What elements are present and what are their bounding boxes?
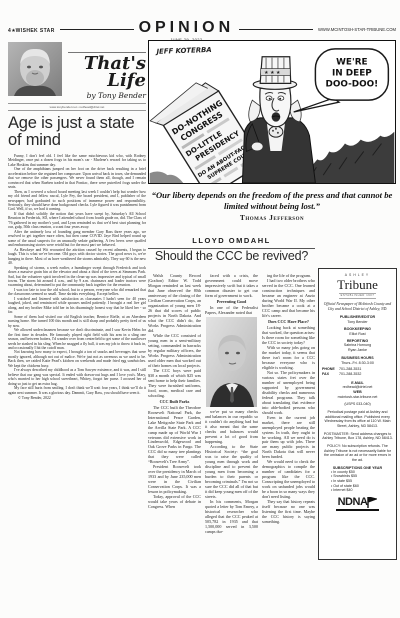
phone-number: 701-288-3531 (339, 367, 361, 371)
postmaster-statement: POSTMASTER: Send address changes to Ashl… (322, 432, 393, 441)
thats-life-column: That's Life by Tony Bender www.tonybende… (8, 42, 146, 572)
paragraph: We allowed underclassmen because we don'… (8, 328, 146, 350)
subscriptions-block: SUBSCRIPTIONS ONE YEAR • In county $50• … (322, 466, 393, 493)
paragraph: In his comments, Morgan quoted a letter … (205, 499, 258, 534)
paragraph: My face still hurts from smiling. I don'… (8, 386, 146, 395)
paragraph: Not so. The policymakers in various stat… (262, 370, 315, 415)
business-hours-value: Thurs.-Fri. 8:30-3:00 (341, 361, 374, 365)
lloyd-omdahl-photo (205, 317, 258, 407)
usps-number: (USPS 033-040) (322, 402, 393, 407)
fax-number: 701-288-3532 (339, 372, 361, 376)
paragraph: One of the amphibians jumped on her foot… (8, 167, 146, 189)
page-header: 4 ★ WISHEK STAR OPINION JUNE 29, 2022 WW… (8, 20, 396, 42)
paragraph: CCC Built Parks (148, 399, 201, 404)
paragraph: Ryan Janke (322, 348, 393, 353)
paragraph: As Hawkeye and Wit recounted the attriti… (8, 248, 146, 266)
ccc-column-1: Walsh County Record (Grafton) Editor W. … (148, 273, 201, 615)
paragraph: Speaking of storms, a week earlier, a hu… (8, 266, 146, 288)
masthead-official-statement: Official Newspaper of McIntosh County an… (322, 302, 393, 312)
masthead-paper-name: Tribune (322, 278, 393, 291)
ashley-tribune-masthead: ASHLEY Tribune ESTABLISHED 1907 Official… (318, 268, 397, 560)
paper-name: WISHEK STAR (16, 28, 55, 34)
ccc-column-3: ing the life of the program.I had two ol… (262, 273, 315, 615)
paragraph: President Roosevelt took over the presid… (148, 464, 201, 494)
paragraph: Then, as I covered a school board meetin… (8, 190, 146, 212)
paragraph: Even in the current job market, there ar… (262, 415, 315, 460)
paragraph: The CCC boys were paid $30 a month of wh… (148, 368, 201, 398)
paragraph: I had two older brothers who served in t… (262, 278, 315, 318)
paragraph: faced with a crisis, the government coul… (205, 273, 258, 298)
ccc-article-body: Walsh County Record (Grafton) Editor W. … (148, 273, 315, 615)
bubble-line-3: DOO-DOO! (326, 79, 379, 89)
quote-text: “Our liberty depends on the freedom of t… (148, 190, 396, 211)
paragraph: I watched and listened with satisfaction… (8, 297, 146, 315)
web-label: WEB (353, 390, 361, 394)
column-byline: by Tony Bender (62, 91, 146, 100)
paragraph: Not knowing how many to expect, I brough… (8, 350, 146, 368)
paragraph: we've put so many checks and balances in… (205, 409, 258, 444)
paragraph: With so many jobs going on the market to… (262, 345, 315, 370)
tony-bender-photo (8, 42, 62, 96)
email-address: redhead@drtel.net (343, 385, 373, 389)
ccc-article-headline: Should the CCC be revived? (148, 249, 315, 263)
paragraph: I've always described my childhood as a … (8, 368, 146, 386)
paragraph: Does CCC Have Place? (262, 319, 315, 324)
fax-label: FAX (322, 372, 338, 377)
header-rule-left (60, 29, 134, 30)
paragraph: We would need to check the demographics … (262, 459, 315, 499)
business-hours-label: BUSINESS HOURS (341, 356, 373, 360)
phone-line: PHONE 701-288-3531 (322, 367, 393, 372)
fax-line: FAX 701-288-3532 (322, 372, 393, 377)
paragraph: © Tony Bender, 2022 (8, 396, 146, 400)
newspaper-opinion-page: 4 ★ WISHEK STAR OPINION JUNE 29, 2022 WW… (0, 0, 400, 618)
thats-life-header: That's Life by Tony Bender (8, 42, 146, 100)
bubble-line-1: WE'RE (336, 58, 367, 68)
svg-text:★ ★ ★: ★ ★ ★ (264, 70, 281, 76)
subscriptions-list: • In county $50• Snowbirds $55• In state… (322, 470, 393, 493)
paragraph: They say that history repeats itself bec… (262, 499, 315, 524)
section-title: OPINION (139, 20, 235, 36)
ndna-logo: NDNA (336, 497, 380, 511)
paragraph: Tony Bender (322, 320, 393, 325)
bubble-line-2: IN DEEP (332, 69, 372, 79)
section-title-block: OPINION JUNE 29, 2022 (139, 20, 235, 42)
web-address: mcintosh-star-tribune.net (338, 395, 378, 399)
paragraph: The CCC built the Theodore Roosevelt Nat… (148, 405, 201, 465)
paragraph: Today, approval of the CCC would take ye… (148, 494, 201, 509)
paragraph: Some of them had visited our old English… (8, 315, 146, 328)
paragraph: If that didn't solidify the notion that … (8, 212, 146, 230)
ccc-column-2: faced with a crisis, the government coul… (205, 273, 258, 615)
paragraph: According to the State Historical Societ… (205, 444, 258, 499)
jefferson-quote-block: “Our liberty depends on the freedom of t… (148, 190, 396, 222)
website-url: WWW.MCINTOSH-STAR-TRIBUNE.COM (318, 27, 396, 32)
paragraph: While the CCC consisted of young men in … (148, 333, 201, 368)
paragraph: Looking back at something that worked, t… (262, 325, 315, 345)
ccc-article-author: LLOYD OMDAHL (148, 236, 315, 249)
paragraph: In one of the Federalist Papers, Alexand… (205, 305, 258, 315)
paragraph: Preventing Good (205, 299, 258, 304)
business-hours-block: BUSINESS HOURS Thurs.-Fri. 8:30-3:00 (322, 356, 393, 365)
phone-label: PHONE (322, 367, 338, 372)
quote-attribution: Thomas Jefferson (148, 213, 396, 222)
thats-life-title-block: That's Life by Tony Bender (62, 42, 146, 100)
paragraph: • Internet $40 (322, 488, 393, 493)
paragraph: Elliot Rust (322, 332, 393, 337)
paragraph: I was too late to tour the old school, b… (8, 288, 146, 297)
ccc-column-2-bottom: we've put so many checks and balances in… (205, 409, 258, 534)
header-rule-right (239, 29, 313, 30)
masthead-established: ESTABLISHED 1907 (339, 293, 377, 299)
email-label: E-MAIL (351, 381, 363, 385)
thats-life-body: Funny, I don't feel old. I feel like the… (8, 154, 146, 572)
column-title: That's Life (62, 55, 146, 89)
editorial-cartoon: DO-NOTHING CONGRESS DO-LITTLE PRESIDENCY… (148, 40, 396, 184)
author-contact-line: www.tonybender.net • redhead@drtel.net (8, 103, 146, 111)
thats-life-headline: Age is just a state of mind (8, 115, 146, 149)
ndna-flag-icon (367, 497, 377, 508)
paragraph: Walsh County Record (Grafton) Editor W. … (148, 273, 201, 333)
masthead-staff-list: PUBLISHER/EDITORTony BenderBOOKKEEPINGEl… (322, 315, 393, 353)
email-block: E-MAIL redhead@drtel.net WEB mcintosh-st… (322, 381, 393, 400)
periodical-statement: Periodical postage paid at Ashley and ad… (322, 410, 393, 429)
ndna-logo-text: NDNA (338, 497, 368, 508)
policy-statement: POLICY: No subscription refunds. The Ash… (322, 444, 393, 463)
ccc-column-2-top: faced with a crisis, the government coul… (205, 273, 258, 315)
paragraph: Funny, I don't feel old. I feel like the… (8, 154, 146, 167)
paragraph: After the untimely loss of founding gang… (8, 230, 146, 248)
